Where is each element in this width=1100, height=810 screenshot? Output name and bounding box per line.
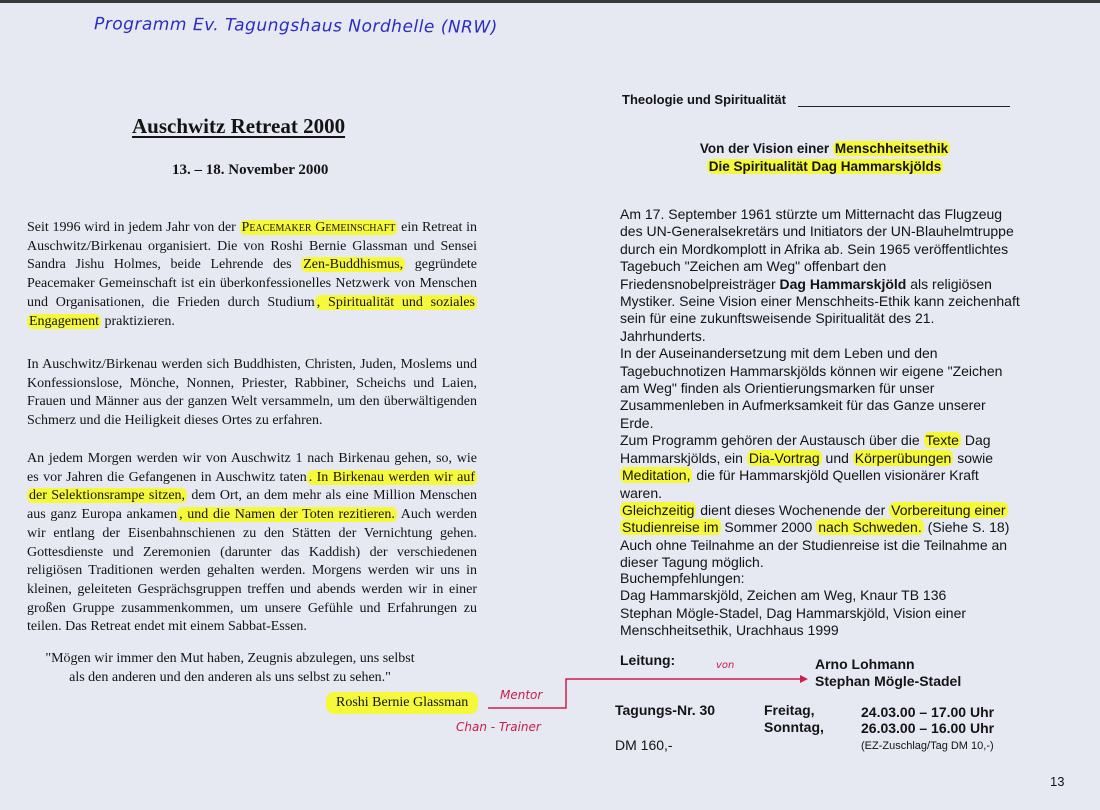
surcharge-note: (EZ-Zuschlag/Tag DM 10,-) (861, 740, 994, 752)
leader-name: Arno Lohmann (815, 656, 915, 672)
paragraph-reflection: In der Auseinandersetzung mit dem Leben … (620, 345, 1020, 432)
paragraph-participants: In Auschwitz/Birkenau werden sich Buddhi… (27, 356, 477, 431)
leitung-label: Leitung: (620, 652, 675, 668)
leader-name: Stephan Mögle-Stadel (815, 673, 961, 689)
handwritten-chan-trainer: Chan - Trainer (456, 720, 541, 734)
highlight: Peacemaker Gemeinschaft (240, 220, 398, 235)
highlight: Zen-Buddhismus, (301, 257, 405, 272)
retreat-date: 13. – 18. November 2000 (172, 162, 328, 179)
section-heading: Theologie und Spiritualität (622, 92, 786, 107)
paragraph-studytrip: Gleichzeitig dient dieses Wochenende der… (620, 502, 1020, 572)
highlight: , und die Namen der Toten rezitieren. (177, 507, 397, 522)
tagung-number: Tagungs-Nr. 30 (615, 702, 715, 718)
scan-edge (0, 0, 1100, 3)
event-title: Von der Vision einer Menschheitsethik Di… (660, 140, 990, 176)
quote-author: Roshi Bernie Glassman (326, 692, 478, 714)
page-number: 13 (1050, 774, 1064, 789)
section-rule (798, 106, 1010, 107)
price: DM 160,- (615, 737, 673, 753)
event-description: Am 17. September 1961 stürzte um Mittern… (620, 206, 1020, 572)
handwritten-mentor: Mentor (500, 688, 542, 702)
paragraph-program: Zum Programm gehören der Austausch über … (620, 432, 1020, 502)
highlight: Menschheitsethik (833, 141, 950, 156)
handwritten-header: Programm Ev. Tagungshaus Nordhelle (NRW) (94, 14, 498, 38)
book-item: Dag Hammarskjöld, Zeichen am Weg, Knaur … (620, 587, 1020, 604)
start-time: 24.03.00 – 17.00 Uhr (861, 704, 994, 720)
end-day: Sonntag, (764, 719, 824, 735)
highlight: Die Spiritualität Dag Hammarskjölds (707, 159, 944, 174)
handwritten-von: von (716, 660, 734, 671)
book-item: Stephan Mögle-Stadel, Dag Hammarskjöld, … (620, 605, 1020, 640)
quote: "Mögen wir immer den Mut haben, Zeugnis … (40, 650, 420, 687)
start-day: Freitag, (764, 702, 815, 718)
end-time: 26.03.00 – 16.00 Uhr (861, 720, 994, 736)
paragraph-intro: Seit 1996 wird in jedem Jahr von der Pea… (27, 219, 477, 331)
book-recommendations: Buchempfehlungen: Dag Hammarskjöld, Zeic… (620, 570, 1020, 640)
paragraph-program: An jedem Morgen werden wir von Auschwitz… (27, 450, 477, 637)
paragraph-history: Am 17. September 1961 stürzte um Mittern… (620, 206, 1020, 345)
retreat-title: Auschwitz Retreat 2000 (132, 114, 345, 139)
